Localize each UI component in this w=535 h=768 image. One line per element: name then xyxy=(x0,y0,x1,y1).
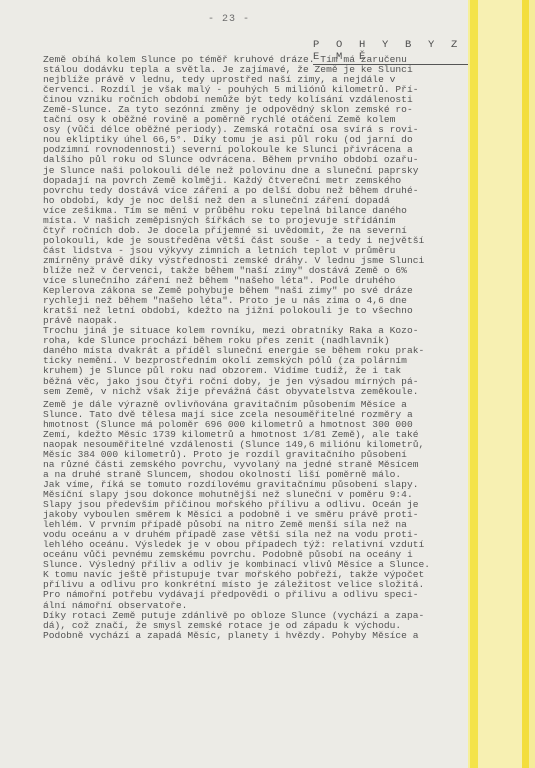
text-line: Podobně vychází a zapadá Měsíc, planety … xyxy=(43,631,468,641)
paragraph: Země je dále výrazně ovlivňována gravita… xyxy=(43,400,468,611)
yellow-strip-line-right xyxy=(522,0,529,768)
document-page: - 23 - P O H Y B Y Z E M Ě Země obíhá ko… xyxy=(0,0,468,768)
body-text: Země obíhá kolem Slunce po téměř kruhové… xyxy=(43,55,468,641)
yellow-strip-line-left xyxy=(470,0,478,768)
page-number: - 23 - xyxy=(208,14,250,25)
paragraph: Díky rotaci Země putuje zdánlivě po oblo… xyxy=(43,611,468,641)
text-line: dalšího půl roku od Slunce odvrácena. Bě… xyxy=(43,155,468,165)
yellow-strip-edge xyxy=(529,0,535,768)
paragraph: Země obíhá kolem Slunce po téměř kruhové… xyxy=(43,55,468,326)
paragraph: Trochu jiná je situace kolem rovníku, me… xyxy=(43,326,468,396)
text-line: sem Země, v nichž však žije převážná čás… xyxy=(43,387,468,397)
text-line: kruhem) je Slunce půl roku nad obzorem. … xyxy=(43,366,468,376)
yellow-strip-middle xyxy=(478,0,523,768)
